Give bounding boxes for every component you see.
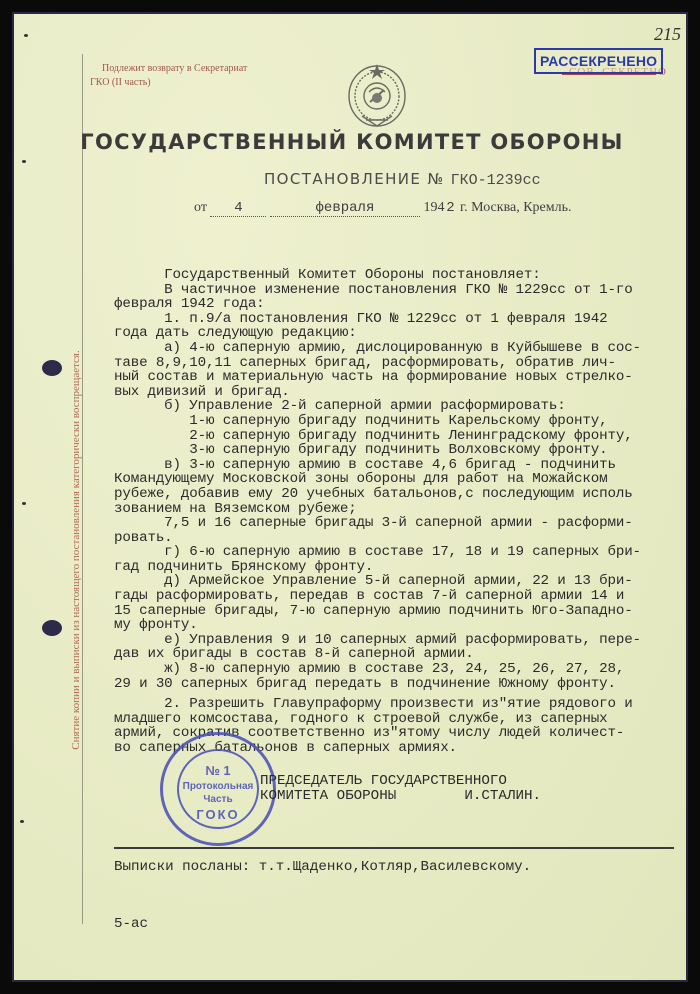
body-line: 7,5 и 16 саперные бригады 3-й саперной а…: [114, 516, 684, 531]
horizontal-rule: [114, 847, 674, 849]
body-line: му фронту.: [114, 618, 684, 633]
document-title: ГОСУДАРСТВЕННЫЙ КОМИТЕТ ОБОРОНЫ: [14, 130, 690, 154]
distribution-list: Выписки посланы: т.т.Щаденко,Котляр,Васи…: [114, 859, 531, 875]
body-line: Государственный Комитет Обороны постанов…: [114, 268, 684, 283]
return-note-line2: ГКО (II часть): [90, 77, 151, 88]
body-line: февраля 1942 года:: [114, 297, 684, 312]
body-line: зованием на Вяземском рубеже;: [114, 502, 684, 517]
body-line: а) 4-ю саперную армию, дислоцированную в…: [114, 341, 684, 356]
body-line: 29 и 30 саперных бригад передать в подчи…: [114, 677, 684, 692]
body-line: 3-ю саперную бригаду подчинить Волховско…: [114, 443, 684, 458]
signature-block: ПРЕДСЕДАТЕЛЬ ГОСУДАРСТВЕННОГО КОМИТЕТА О…: [260, 774, 541, 804]
resolution-label: ПОСТАНОВЛЕНИЕ №: [264, 170, 444, 188]
body-line: д) Армейское Управление 5-й саперной арм…: [114, 574, 684, 589]
punch-mark: [20, 820, 24, 823]
ussr-emblem-icon: [344, 58, 410, 138]
punch-mark: [22, 502, 26, 505]
body-line: дав их бригады в состав 8-й саперной арм…: [114, 647, 684, 662]
body-line: 2-ю саперную бригаду подчинить Ленинград…: [114, 429, 684, 444]
resolution-number: ГКО-1239сс: [451, 172, 541, 189]
body-line: рубеже, добавив ему 20 учебных батальоно…: [114, 487, 684, 502]
seal-line1: Протокольная: [163, 781, 273, 792]
body-line: Командующему Московской зоны обороны для…: [114, 472, 684, 487]
body-line: 1. п.9/а постановления ГКО № 1229сс от 1…: [114, 312, 684, 327]
document-page: Снятие копии и выписки из настоящего пос…: [12, 12, 688, 982]
official-seal: № 1 Протокольная Часть ГОКО: [160, 732, 276, 846]
body-line: ж) 8-ю саперную армию в составе 23, 24, …: [114, 662, 684, 677]
strikethrough-line: [562, 74, 656, 75]
signature-name: И.СТАЛИН.: [464, 788, 541, 804]
archive-page-number: 215: [654, 24, 681, 45]
return-note-line1: Подлежит возврату в Секретариат: [90, 62, 247, 76]
date-month: февраля: [270, 200, 420, 217]
typist-code: 5-ас: [114, 916, 148, 932]
body-line: б) Управление 2-й саперной армии расформ…: [114, 399, 684, 414]
body-line: таве 8,9,10,11 саперных бригад, расформи…: [114, 356, 684, 371]
seal-number: № 1: [163, 763, 273, 778]
body-line: гады расформировать, передав в состав 7-…: [114, 589, 684, 604]
body-line: года дать следующую редакцию:: [114, 326, 684, 341]
binding-hole: [42, 360, 62, 376]
punch-mark: [22, 160, 26, 163]
body-line: 2. Разрешить Главупраформу произвести из…: [114, 697, 684, 712]
body-line: 1-ю саперную бригаду подчинить Карельско…: [114, 414, 684, 429]
body-line: В частичное изменение постановления ГКО …: [114, 283, 684, 298]
body-line: ный состав и материальную часть на форми…: [114, 370, 684, 385]
seal-line3: ГОКО: [163, 807, 273, 822]
declassified-stamp: РАССЕКРЕЧЕНО: [534, 48, 663, 74]
punch-mark: [24, 34, 28, 37]
margin-rule: [82, 54, 83, 924]
signature-title-line2: КОМИТЕТА ОБОРОНЫ: [260, 788, 396, 804]
margin-warning-note: Снятие копии и выписки из настоящего пос…: [70, 250, 82, 850]
date-prefix: от: [194, 200, 207, 215]
binding-hole: [42, 620, 62, 636]
resolution-heading: ПОСТАНОВЛЕНИЕ № ГКО-1239сс: [264, 170, 541, 189]
resolution-body: Государственный Комитет Обороны постанов…: [114, 268, 684, 756]
date-year-suffix: 2: [444, 200, 456, 216]
signature-title-line1: ПРЕДСЕДАТЕЛЬ ГОСУДАРСТВЕННОГО: [260, 773, 507, 789]
date-year-prefix: 194: [423, 200, 444, 215]
body-line: г) 6-ю саперную армию в составе 17, 18 и…: [114, 545, 684, 560]
return-note: Подлежит возврату в Секретариат ГКО (II …: [90, 62, 247, 90]
date-day: 4: [210, 200, 266, 217]
date-place: г. Москва, Кремль.: [460, 200, 572, 215]
body-line: 15 саперные бригады, 7-ю саперную армию …: [114, 604, 684, 619]
date-line: от 4 февраля 1942 г. Москва, Кремль.: [194, 200, 572, 217]
seal-line2: Часть: [163, 794, 273, 805]
